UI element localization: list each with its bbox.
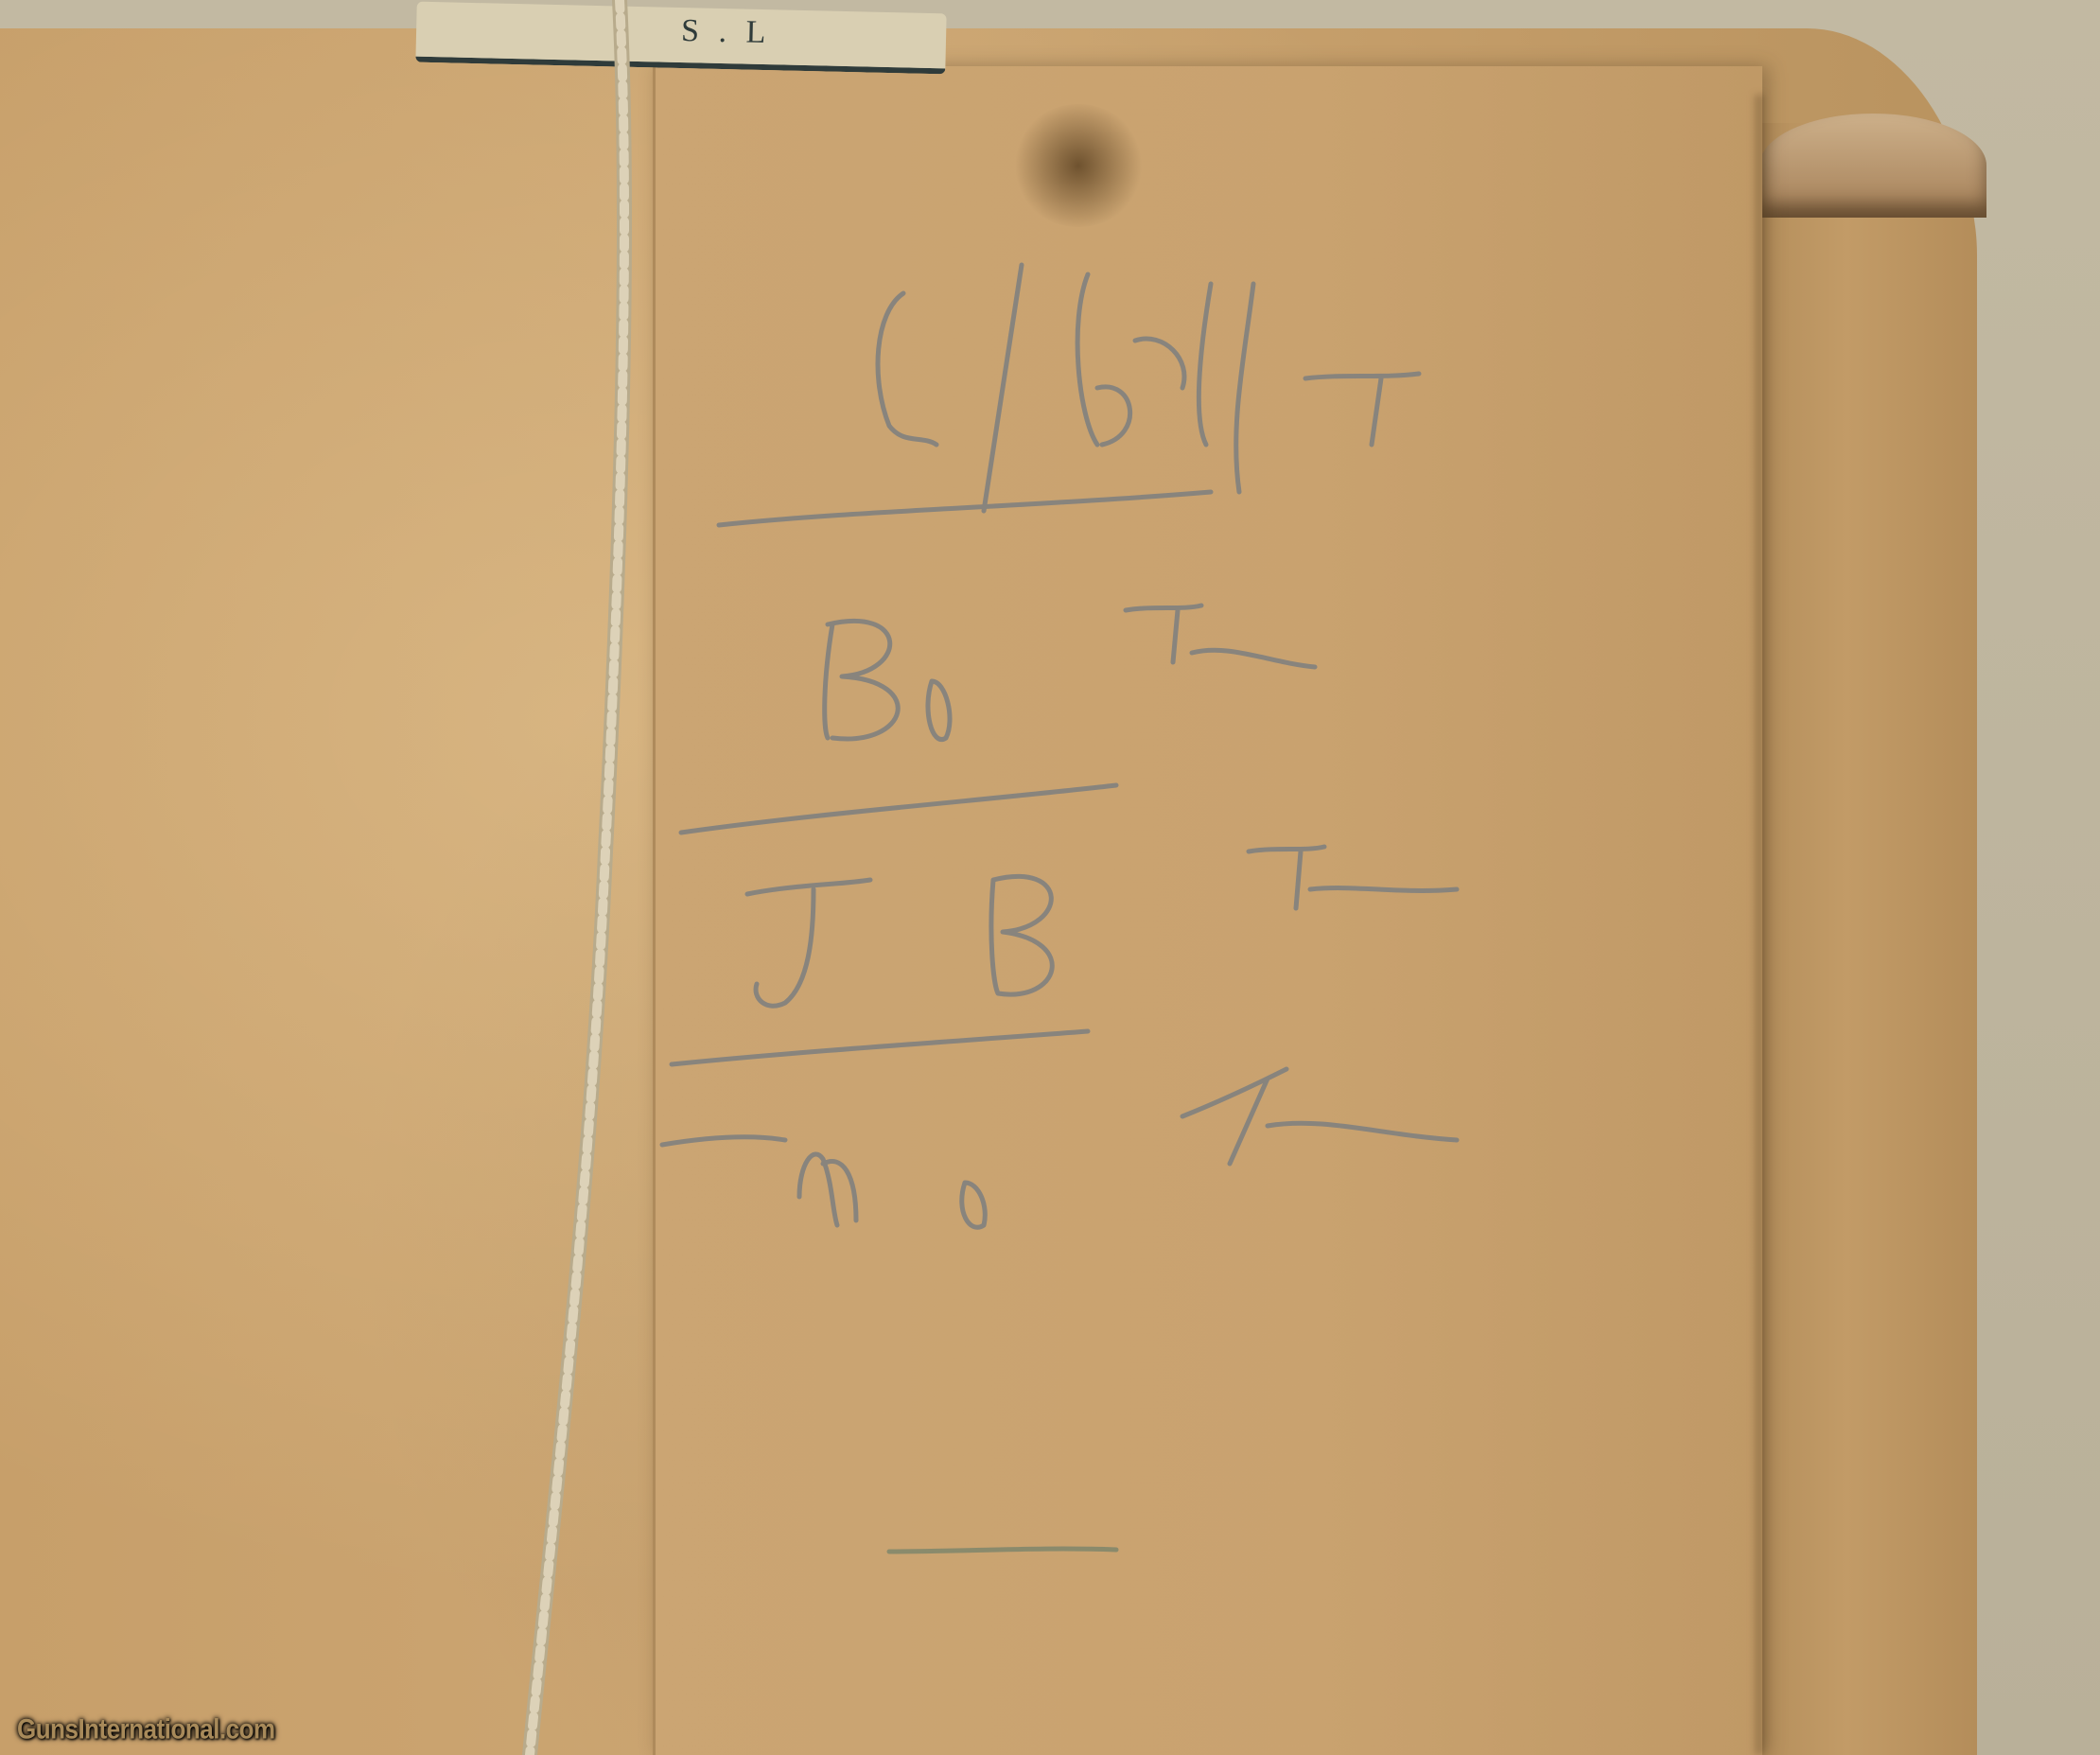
pencil-notations: [0, 0, 2100, 1755]
watermark-text: GunsInternational.com: [17, 1712, 275, 1746]
photo-scene: S . L: [0, 0, 2100, 1755]
